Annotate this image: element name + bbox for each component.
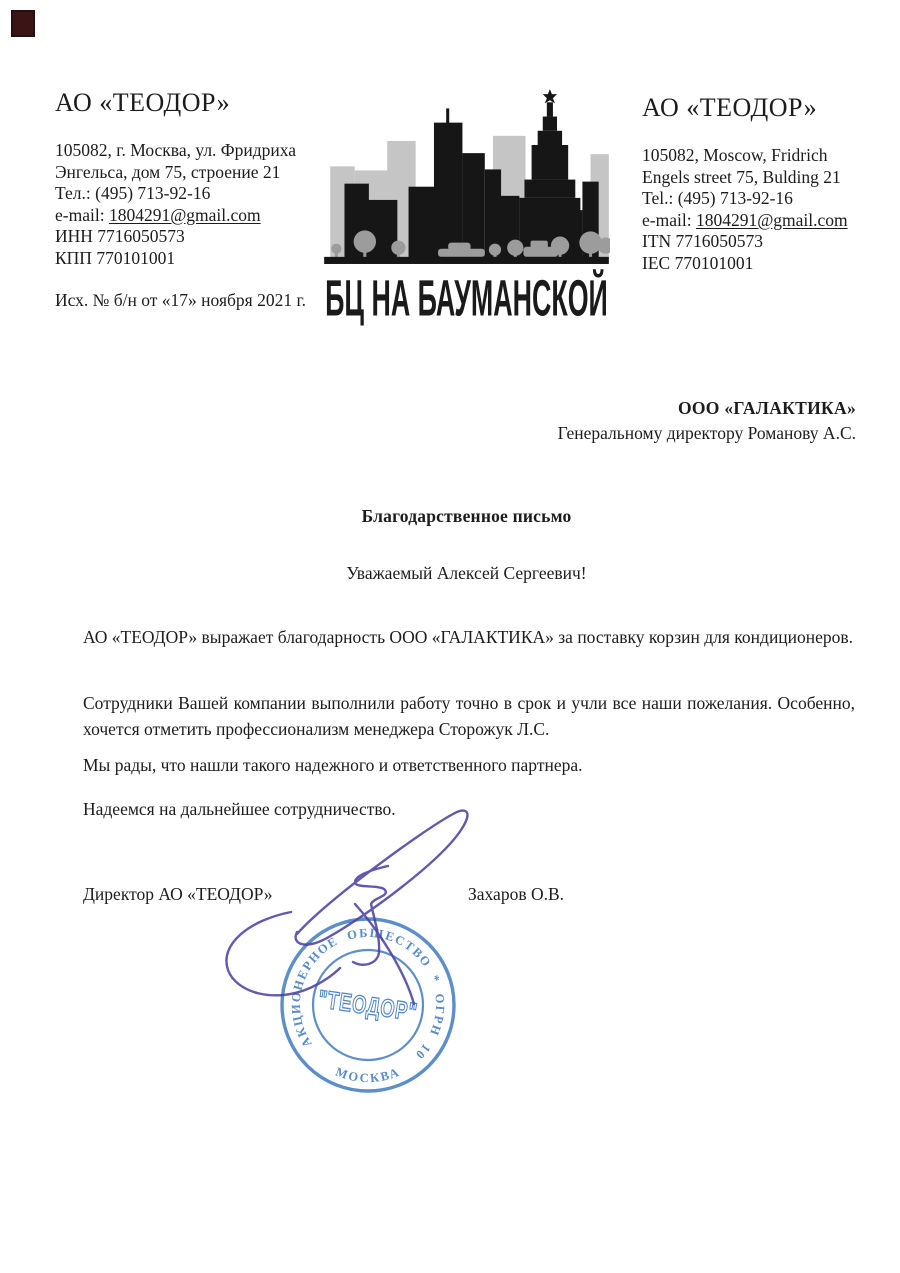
city-skyline-logo-graphic: БЦ НА БАУМАНСКОЙ bbox=[323, 84, 610, 326]
handwritten-signature bbox=[205, 792, 485, 1017]
scan-corner-artifact bbox=[11, 10, 35, 37]
address-line: Engels street 75, Bulding 21 bbox=[642, 167, 892, 189]
company-name-ru: АО «ТЕОДОР» bbox=[55, 88, 335, 118]
email-line: e-mail: 1804291@gmail.com bbox=[55, 205, 335, 227]
email-line: e-mail: 1804291@gmail.com bbox=[642, 210, 892, 232]
recipient-company: ООО «ГАЛАКТИКА» bbox=[380, 398, 856, 419]
recipient-person: Генеральному директору Романову А.С. bbox=[380, 423, 856, 444]
letter-title: Благодарственное письмо bbox=[83, 506, 850, 527]
signature-ink-graphic bbox=[205, 792, 485, 1017]
address-line: Энгельса, дом 75, строение 21 bbox=[55, 162, 335, 184]
iec-line: IEC 770101001 bbox=[642, 253, 892, 275]
company-name-en: АО «ТЕОДОР» bbox=[642, 93, 892, 123]
body-paragraph: АО «ТЕОДОР» выражает благодарность ООО «… bbox=[83, 624, 855, 650]
body-paragraph: Сотрудники Вашей компании выполнили рабо… bbox=[83, 690, 855, 742]
itn-line: ITN 7716050573 bbox=[642, 231, 892, 253]
kpp-line: КПП 770101001 bbox=[55, 248, 335, 270]
letter-page: АО «ТЕОДОР» 105082, г. Москва, ул. Фридр… bbox=[0, 0, 900, 1273]
email-link[interactable]: 1804291@gmail.com bbox=[696, 210, 848, 230]
email-link[interactable]: 1804291@gmail.com bbox=[109, 205, 261, 225]
address-line: 105082, Moscow, Fridrich bbox=[642, 145, 892, 167]
address-line: 105082, г. Москва, ул. Фридриха bbox=[55, 140, 335, 162]
email-label: e-mail: bbox=[55, 205, 109, 225]
letterhead-english: АО «ТЕОДОР» 105082, Moscow, Fridrich Eng… bbox=[642, 93, 892, 274]
recipient-block: ООО «ГАЛАКТИКА» Генеральному директору Р… bbox=[380, 398, 856, 444]
phone-line: Tel.: (495) 713-92-16 bbox=[642, 188, 892, 210]
letterhead-russian: АО «ТЕОДОР» 105082, г. Москва, ул. Фридр… bbox=[55, 88, 335, 269]
phone-line: Тел.: (495) 713-92-16 bbox=[55, 183, 335, 205]
company-logo: БЦ НА БАУМАНСКОЙ bbox=[323, 84, 610, 326]
body-paragraph: Мы рады, что нашли такого надежного и от… bbox=[83, 752, 855, 778]
outgoing-ref-line: Исх. № б/н от «17» ноября 2021 г. bbox=[55, 290, 306, 311]
salutation: Уважаемый Алексей Сергеевич! bbox=[83, 563, 850, 584]
email-label: e-mail: bbox=[642, 210, 696, 230]
logo-caption: БЦ НА БАУМАНСКОЙ bbox=[325, 269, 608, 326]
inn-line: ИНН 7716050573 bbox=[55, 226, 335, 248]
